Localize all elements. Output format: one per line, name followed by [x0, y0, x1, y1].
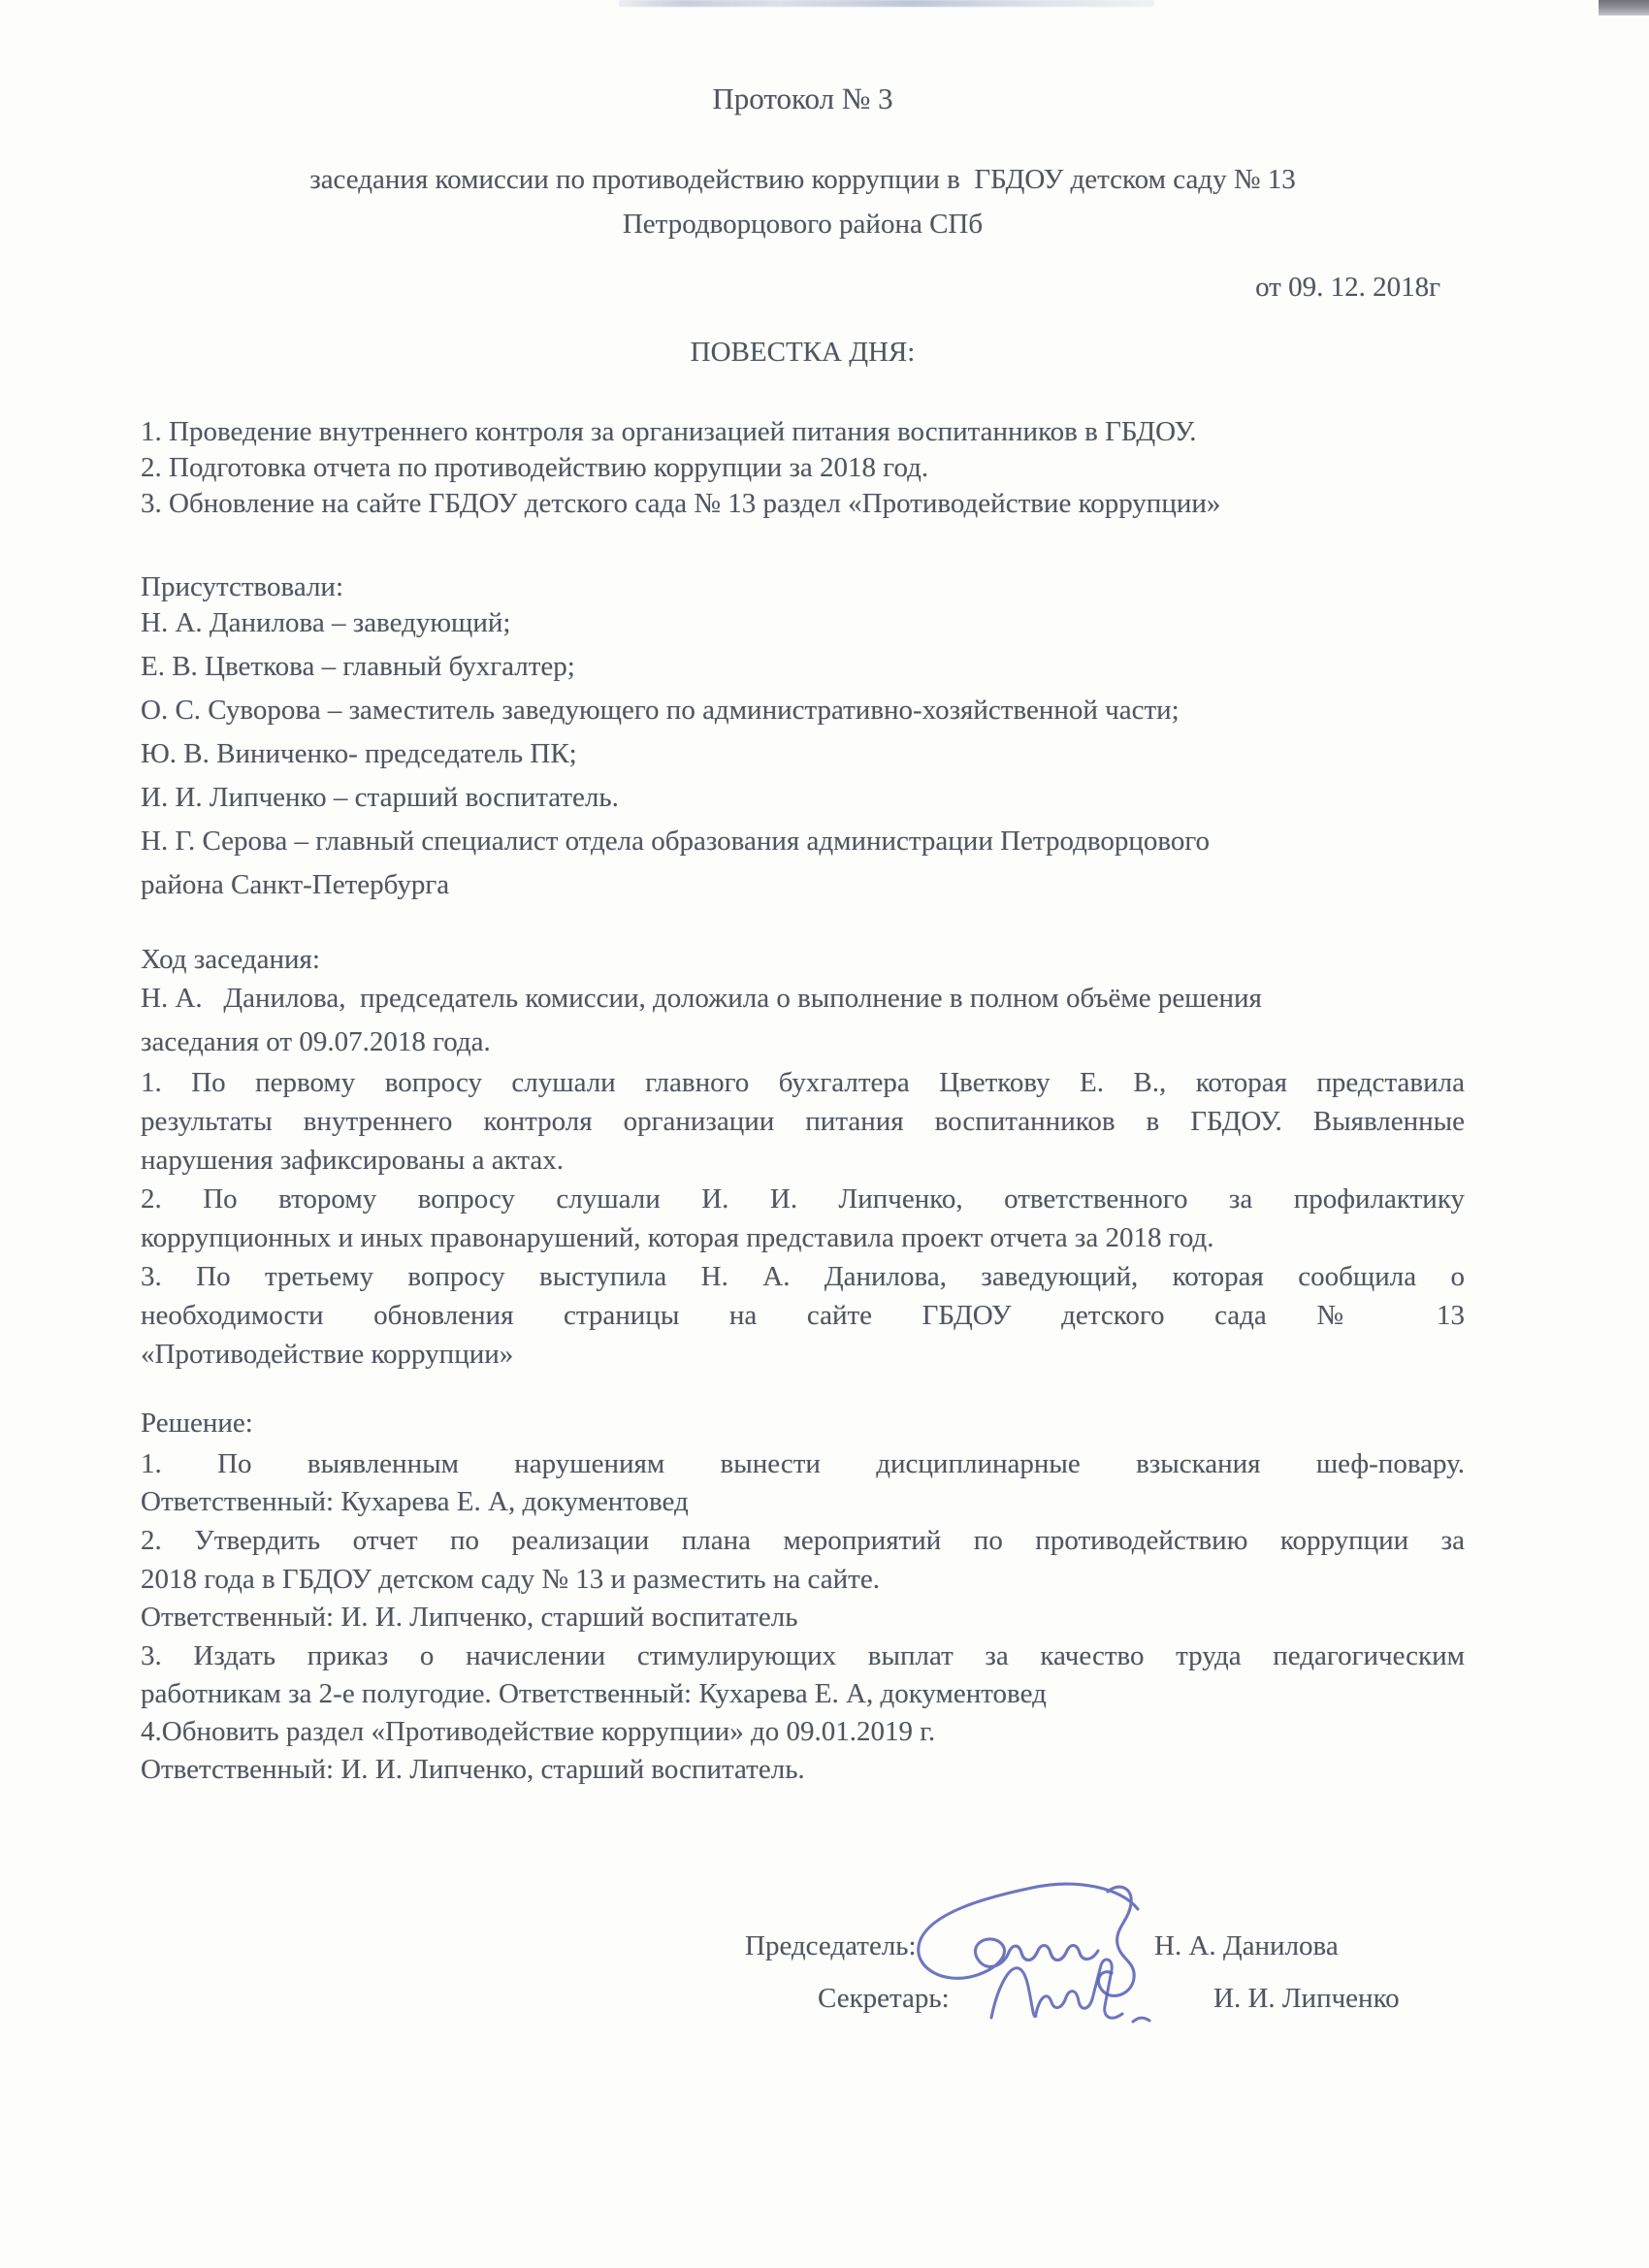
- proceedings-line: 3. По третьему вопросу выступила Н. А. Д…: [141, 1260, 1465, 1293]
- decision-line: работникам за 2-е полугодие. Ответственн…: [141, 1677, 1465, 1710]
- decision-line: 3. Издать приказ о начислении стимулирую…: [141, 1639, 1465, 1672]
- attendee-line: Ю. В. Виниченко- председатель ПК;: [141, 737, 1465, 770]
- agenda-item: 2. Подготовка отчета по противодействию …: [141, 451, 1465, 484]
- agenda-heading: ПОВЕСТКА ДНЯ:: [141, 336, 1465, 369]
- attendee-line: Н. А. Данилова – заведующий;: [141, 606, 1465, 639]
- document-subtitle-line1: заседания комиссии по противодействию ко…: [141, 163, 1465, 196]
- scanner-streak-artifact: [619, 0, 1154, 7]
- proceedings-line: коррупционных и иных правонарушений, кот…: [141, 1221, 1465, 1254]
- decision-line: Ответственный: Кухарева Е. А, документов…: [141, 1485, 1465, 1518]
- decision-line: 2018 года в ГБДОУ детском саду № 13 и ра…: [141, 1563, 1465, 1596]
- decision-line: 2. Утвердить отчет по реализации плана м…: [141, 1524, 1465, 1557]
- decision-line: 1. По выявленным нарушениям вынести дисц…: [141, 1447, 1465, 1480]
- decision-line: 4.Обновить раздел «Противодействие корру…: [141, 1715, 1465, 1748]
- proceedings-line: нарушения зафиксированы а актах.: [141, 1144, 1465, 1177]
- proceedings-line: результаты внутреннего контроля организа…: [141, 1105, 1465, 1138]
- proceedings-line: 1. По первому вопросу слушали главного б…: [141, 1066, 1465, 1099]
- document-subtitle-line2: Петродворцового района СПб: [141, 208, 1465, 241]
- decision-line: Ответственный: И. И. Липченко, старший в…: [141, 1601, 1465, 1634]
- decision-line: Ответственный: И. И. Липченко, старший в…: [141, 1753, 1465, 1786]
- secretary-signature-ink: [986, 1956, 1168, 2041]
- agenda-item: 3. Обновление на сайте ГБДОУ детского са…: [141, 487, 1465, 520]
- chairman-label: Председатель:: [745, 1930, 917, 1962]
- scanner-corner-artifact: [1599, 0, 1649, 16]
- attendee-line: Н. Г. Серова – главный специалист отдела…: [141, 825, 1465, 858]
- attendee-line: О. С. Суворова – заместитель заведующего…: [141, 694, 1465, 727]
- proceedings-line: Н. А. Данилова, председатель комиссии, д…: [141, 982, 1465, 1015]
- proceedings-line: необходимости обновления страницы на сай…: [141, 1299, 1465, 1332]
- proceedings-line: заседания от 09.07.2018 года.: [141, 1025, 1465, 1058]
- secretary-name: И. И. Липченко: [1213, 1983, 1400, 2015]
- proceedings-line: «Противодействие коррупции»: [141, 1338, 1465, 1371]
- agenda-item: 1. Проведение внутреннего контроля за ор…: [141, 415, 1465, 448]
- chairman-name: Н. А. Данилова: [1154, 1930, 1339, 1962]
- attendee-line: района Санкт-Петербурга: [141, 868, 1465, 901]
- attendee-line: И. И. Липченко – старший воспитатель.: [141, 781, 1465, 814]
- decisions-heading: Решение:: [141, 1407, 1465, 1440]
- proceedings-heading: Ход заседания:: [141, 943, 1465, 976]
- document-date: от 09. 12. 2018г: [141, 271, 1465, 304]
- document-title: Протокол № 3: [141, 81, 1465, 117]
- attendee-line: Е. В. Цветкова – главный бухгалтер;: [141, 650, 1465, 683]
- scanned-protocol-page: Протокол № 3 заседания комиссии по проти…: [0, 0, 1649, 2268]
- proceedings-line: 2. По второму вопросу слушали И. И. Липч…: [141, 1183, 1465, 1215]
- attendees-heading: Присутствовали:: [141, 570, 1465, 603]
